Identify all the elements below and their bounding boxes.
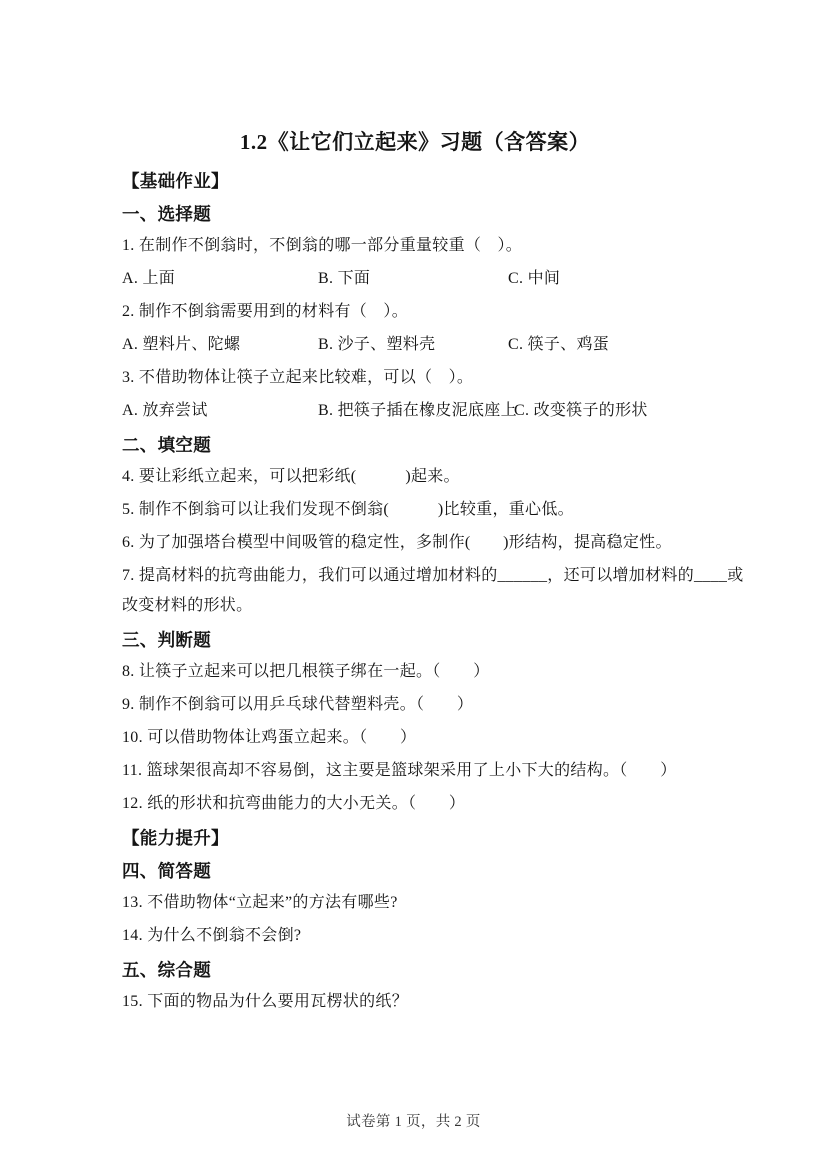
question-7-line1: 7. 提高材料的抗弯曲能力，我们可以通过增加材料的______，还可以增加材料的…: [122, 566, 708, 586]
question-1-options: A. 上面 B. 下面 C. 中间: [122, 269, 708, 289]
question-4: 4. 要让彩纸立起来，可以把彩纸( )起来。: [122, 467, 708, 487]
page-footer: 试卷第 1 页，共 2 页: [0, 1112, 827, 1132]
question-6: 6. 为了加强塔台模型中间吸管的稳定性，多制作( )形结构，提高稳定性。: [122, 533, 708, 553]
question-13: 13. 不借助物体“立起来”的方法有哪些?: [122, 893, 708, 913]
section-basic-label: 【基础作业】: [122, 170, 708, 192]
question-3: 3. 不借助物体让筷子立起来比较难，可以（ ）。: [122, 368, 708, 388]
part5-heading-comprehensive: 五、综合题: [122, 959, 708, 981]
question-11: 11. 篮球架很高却不容易倒，这主要是篮球架采用了上小下大的结构。（ ）: [122, 761, 708, 781]
worksheet-page: 1.2《让它们立起来》习题（含答案） 【基础作业】 一、选择题 1. 在制作不倒…: [0, 0, 827, 1169]
question-2-option-c: C. 筷子、鸡蛋: [508, 335, 609, 355]
question-1-option-b: B. 下面: [318, 269, 370, 289]
part1-heading-choice: 一、选择题: [122, 203, 708, 225]
question-7-line2: 改变材料的形状。: [122, 596, 708, 616]
question-2-option-a: A. 塑料片、陀螺: [122, 335, 240, 355]
question-3-option-a: A. 放弃尝试: [122, 401, 208, 421]
question-1-option-a: A. 上面: [122, 269, 175, 289]
part4-heading-short-answer: 四、简答题: [122, 860, 708, 882]
part2-heading-fill-blank: 二、填空题: [122, 434, 708, 456]
question-10: 10. 可以借助物体让鸡蛋立起来。（ ）: [122, 728, 708, 748]
document-title: 1.2《让它们立起来》习题（含答案）: [122, 128, 708, 157]
worksheet-content: 1.2《让它们立起来》习题（含答案） 【基础作业】 一、选择题 1. 在制作不倒…: [122, 128, 708, 1025]
question-2-options: A. 塑料片、陀螺 B. 沙子、塑料壳 C. 筷子、鸡蛋: [122, 335, 708, 355]
question-9: 9. 制作不倒翁可以用乒乓球代替塑料壳。（ ）: [122, 695, 708, 715]
question-1-option-c: C. 中间: [508, 269, 560, 289]
question-15: 15. 下面的物品为什么要用瓦楞状的纸？: [122, 992, 708, 1012]
part3-heading-judgment: 三、判断题: [122, 629, 708, 651]
question-3-options: A. 放弃尝试 B. 把筷子插在橡皮泥底座上 C. 改变筷子的形状: [122, 401, 708, 421]
question-8: 8. 让筷子立起来可以把几根筷子绑在一起。（ ）: [122, 662, 708, 682]
question-2-option-b: B. 沙子、塑料壳: [318, 335, 435, 355]
question-5: 5. 制作不倒翁可以让我们发现不倒翁( )比较重，重心低。: [122, 500, 708, 520]
question-12: 12. 纸的形状和抗弯曲能力的大小无关。（ ）: [122, 794, 708, 814]
question-1: 1. 在制作不倒翁时，不倒翁的哪一部分重量较重（ ）。: [122, 236, 708, 256]
question-3-option-c: C. 改变筷子的形状: [514, 401, 648, 421]
section-advanced-label: 【能力提升】: [122, 827, 708, 849]
question-14: 14. 为什么不倒翁不会倒?: [122, 926, 708, 946]
question-2: 2. 制作不倒翁需要用到的材料有（ ）。: [122, 302, 708, 322]
question-3-option-b: B. 把筷子插在橡皮泥底座上: [318, 401, 517, 421]
